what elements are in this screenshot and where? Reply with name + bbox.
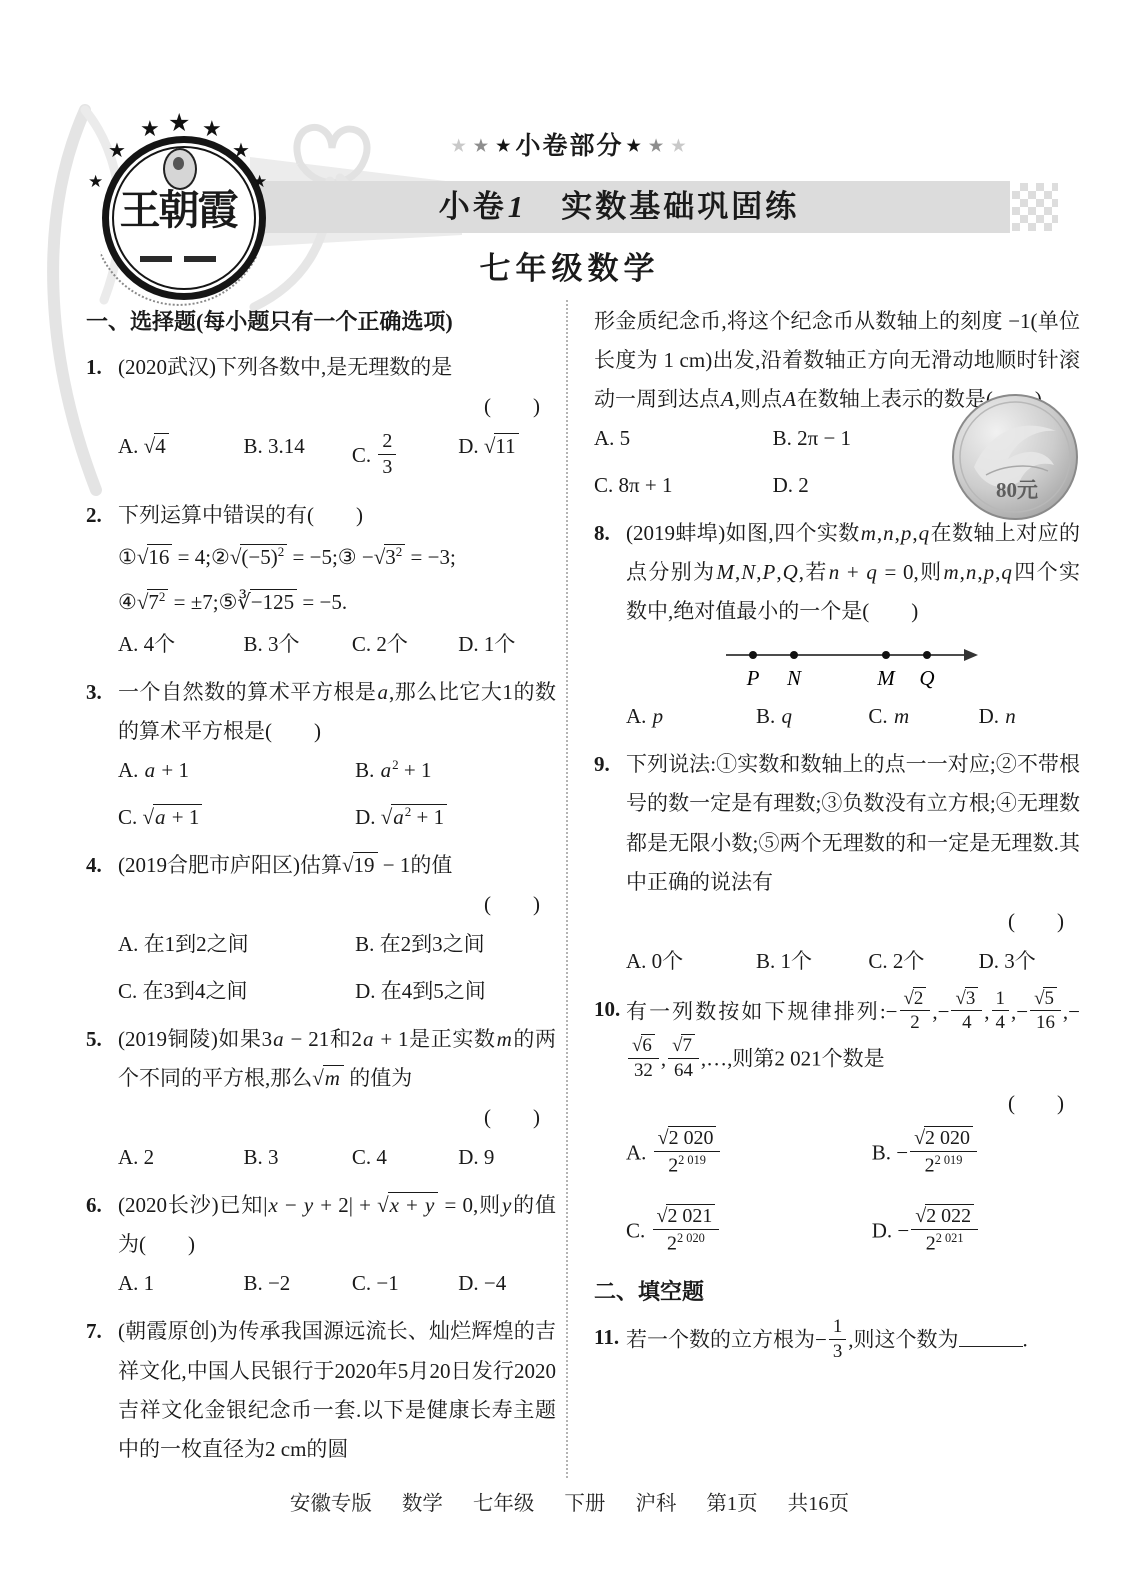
option-b: B. 在2到3之间 [355,925,556,964]
option-d: D. √a2 + 1 [355,798,556,837]
question-10: 10. 有一列数按如下规律排列:−√22,−√34,14,−√516,−√632… [594,990,1080,1264]
option-c: C. 8π + 1 [594,466,773,505]
option-a: A. √2 02022 019 [626,1124,872,1186]
footer-page-total: 共16页 [788,1486,850,1516]
question-9: 9. 下列说法:①实数和数轴上的点一一对应;②不带根号的数一定是有理数;③负数没… [594,745,1080,980]
question-11: 11. 若一个数的立方根为−13,则这个数为. [594,1318,1080,1365]
page-footer: 安徽专版 数学 七年级 下册 沪科 第1页 共16页 [0,1486,1139,1516]
option-a: A. p [626,697,756,736]
star-icon: ★ [649,138,665,155]
star-icon: ★ [451,138,467,155]
option-c: C. 2个 [352,625,458,664]
option-d: D. −√2 02222 021 [872,1202,1080,1264]
question-1: 1. (2020武汉)下列各数中,是无理数的是 ( ) A. √4 B. 3.1… [86,348,556,487]
question-number: 6. [86,1186,102,1225]
footer-publisher: 沪科 [635,1486,676,1516]
star-icon: ★ [108,138,126,163]
question-number: 9. [594,745,610,784]
right-column: 形金质纪念币,将这个纪念币从数轴上的刻度 −1(单位长度为 1 cm)出发,沿着… [594,302,1080,1375]
point-label: M [876,666,896,690]
footer-subject: 数学 [402,1486,443,1516]
star-icon: ★ [88,172,103,192]
options-grid: A. √2 02022 019 B. −√2 02022 019 C. √2 0… [626,1124,1080,1263]
question-6: 6. (2020长沙)已知|x − y + 2| + √x + y = 0,则y… [86,1186,556,1303]
question-number: 8. [594,514,610,553]
option-d: D. −4 [458,1264,556,1303]
option-c: C. 在3到4之间 [118,972,355,1011]
publisher-logo: ★ ★ ★ ★ ★ ★ ★ 王朝霞 [66,110,306,350]
footer-grade: 七年级 [473,1486,535,1516]
question-number: 1. [86,348,102,387]
option-d: D. 2 [773,466,924,505]
answer-bracket: ( ) [626,1084,1080,1124]
options-row: A. p B. q C. m D. n [626,697,1080,736]
question-7: 7. (朝霞原创)为传承我国源远流长、灿烂辉煌的吉祥文化,中国人民银行于2020… [86,1312,556,1468]
answer-bracket: ( ) [118,387,556,427]
number-line-figure: P N M Q [718,639,988,695]
question-2: 2. 下列运算中错误的有( ) ①√16 = 4;②√(−5)2 = −5;③ … [86,496,556,664]
option-d: D. 在4到5之间 [355,972,556,1011]
paper-title-banner: 小卷1 实数基础巩固练 [228,181,1010,233]
star-icon: ★ [474,138,490,155]
star-icon: ★ [627,138,643,155]
left-column: 一、选择题(每小题只有一个正确选项) 1. (2020武汉)下列各数中,是无理数… [86,302,556,1478]
question-number: 11. [594,1318,619,1357]
question-stem: (朝霞原创)为传承我国源远流长、灿烂辉煌的吉祥文化,中国人民银行于2020年5月… [118,1312,556,1468]
question-stem: 若一个数的立方根为−13,则这个数为. [626,1318,1080,1365]
star-icon: ★ [252,172,267,192]
coin-denomination: 80元 [996,478,1038,502]
options-row: A. 4个 B. 3个 C. 2个 D. 1个 [118,625,556,664]
option-b: B. q [756,697,868,736]
logo-portrait [163,148,197,190]
star-icon: ★ [496,138,512,155]
arrow-icon [964,649,978,661]
option-c: C. 4 [352,1138,458,1177]
question-stem: (2020长沙)已知|x − y + 2| + √x + y = 0,则y的值为… [118,1186,556,1264]
option-d: D. n [979,697,1080,736]
option-d: D. 1个 [458,625,556,664]
options-row: A. √4 B. 3.14 C. 23 D. √11 [118,427,556,487]
worksheet-page: ★ ★ ★ ★ ★ ★ ★ 王朝霞 ★★★小卷部分★★★ 小卷1 实数基础巩固练… [0,0,1139,1582]
point-label: N [786,666,802,690]
options-row: A. 1 B. −2 C. −1 D. −4 [118,1264,556,1303]
logo-brand-name: 王朝霞 [108,190,248,231]
star-icon: ★ [202,116,222,142]
footer-page-number: 第1页 [706,1486,757,1516]
answer-bracket: ( ) [626,902,1080,942]
option-d: D. √11 [458,427,556,487]
logo-tagline [140,256,216,262]
question-number: 7. [86,1312,102,1351]
banner-checker-decoration [1012,183,1058,231]
question-8: 8. (2019蚌埠)如图,四个实数m,n,p,q在数轴上对应的点分别为M,N,… [594,514,1080,736]
option-c: C. √2 02122 020 [626,1202,872,1264]
option-c: C. m [868,697,978,736]
option-b: B. 1个 [756,942,868,981]
options-grid: A. 在1到2之间 B. 在2到3之间 C. 在3到4之间 D. 在4到5之间 [118,925,556,1011]
star-icon: ★ [671,138,687,155]
option-a: A. 4个 [118,625,243,664]
option-b: B. −√2 02022 019 [872,1124,1080,1186]
question-stem: 下列说法:①实数和数轴上的点一一对应;②不带根号的数一定是有理数;③负数没有立方… [626,745,1080,901]
option-b: B. a2 + 1 [355,751,556,790]
question-7-options-area: A. 5 B. 2π − 1 C. 8π + 1 D. 2 [594,419,1080,505]
option-b: B. 2π − 1 [773,419,924,458]
option-a: A. a + 1 [118,751,355,790]
option-b: B. 3.14 [243,427,351,487]
options-grid: A. a + 1 B. a2 + 1 C. √a + 1 D. √a2 + 1 [118,751,556,837]
option-a: A. 1 [118,1264,243,1303]
option-c: C. √a + 1 [118,798,355,837]
option-b: B. 3个 [243,625,351,664]
option-c: C. −1 [352,1264,458,1303]
coin-image: 80元 [946,391,1084,523]
option-b: B. 3 [243,1138,351,1177]
question-stem: (2020武汉)下列各数中,是无理数的是 [118,348,556,387]
options-grid: A. 5 B. 2π − 1 C. 8π + 1 D. 2 [594,419,924,505]
question-number: 10. [594,990,620,1029]
question-stem: 下列运算中错误的有( ) [118,496,556,535]
star-icon: ★ [140,116,160,142]
question-stem: 一个自然数的算术平方根是a,那么比它大1的数的算术平方根是( ) [118,673,556,751]
question-7-continuation: 形金质纪念币,将这个纪念币从数轴上的刻度 −1(单位长度为 1 cm)出发,沿着… [594,302,1080,505]
option-d: D. 3个 [979,942,1080,981]
question-stem: (2019合肥市庐阳区)估算√19 − 1的值 [118,846,556,885]
star-icon: ★ [168,108,190,138]
equation-line: ①√16 = 4;②√(−5)2 = −5;③ −√32 = −3; [118,535,556,580]
question-stem: (2019蚌埠)如图,四个实数m,n,p,q在数轴上对应的点分别为M,N,P,Q… [626,514,1080,631]
column-divider [566,300,568,1478]
question-stem: 有一列数按如下规律排列:−√22,−√34,14,−√516,−√632,√76… [626,990,1080,1085]
question-5: 5. (2019铜陵)如果3a − 21和2a + 1是正实数m的两个不同的平方… [86,1020,556,1177]
options-row: A. 0个 B. 1个 C. 2个 D. 3个 [626,942,1080,981]
question-number: 2. [86,496,102,535]
option-c: C. 2个 [868,942,978,981]
footer-volume: 下册 [564,1486,605,1516]
question-3: 3. 一个自然数的算术平方根是a,那么比它大1的数的算术平方根是( ) A. a… [86,673,556,837]
question-number: 4. [86,846,102,885]
option-c: C. 23 [352,427,458,487]
option-d: D. 9 [458,1138,556,1177]
answer-bracket: ( ) [118,1098,556,1138]
option-a: A. 5 [594,419,773,458]
section-part-label: 小卷部分 [515,133,623,160]
option-a: A. 0个 [626,942,756,981]
answer-bracket: ( ) [118,885,556,925]
question-4: 4. (2019合肥市庐阳区)估算√19 − 1的值 ( ) A. 在1到2之间… [86,846,556,1011]
section-2-title: 二、填空题 [594,1272,1080,1313]
question-stem: (2019铜陵)如果3a − 21和2a + 1是正实数m的两个不同的平方根,那… [118,1020,556,1098]
question-number: 3. [86,673,102,712]
option-b: B. −2 [243,1264,351,1303]
options-row: A. 2 B. 3 C. 4 D. 9 [118,1138,556,1177]
paper-title: 小卷1 实数基础巩固练 [439,189,800,224]
star-icon: ★ [232,138,250,163]
footer-edition: 安徽专版 [290,1486,372,1516]
point-label: P [746,666,760,690]
equation-line: ④√72 = ±7;⑤∛−125 = −5. [118,580,556,625]
option-a: A. 2 [118,1138,243,1177]
option-a: A. 在1到2之间 [118,925,355,964]
point-label: Q [919,666,934,690]
question-number: 5. [86,1020,102,1059]
option-a: A. √4 [118,427,243,487]
